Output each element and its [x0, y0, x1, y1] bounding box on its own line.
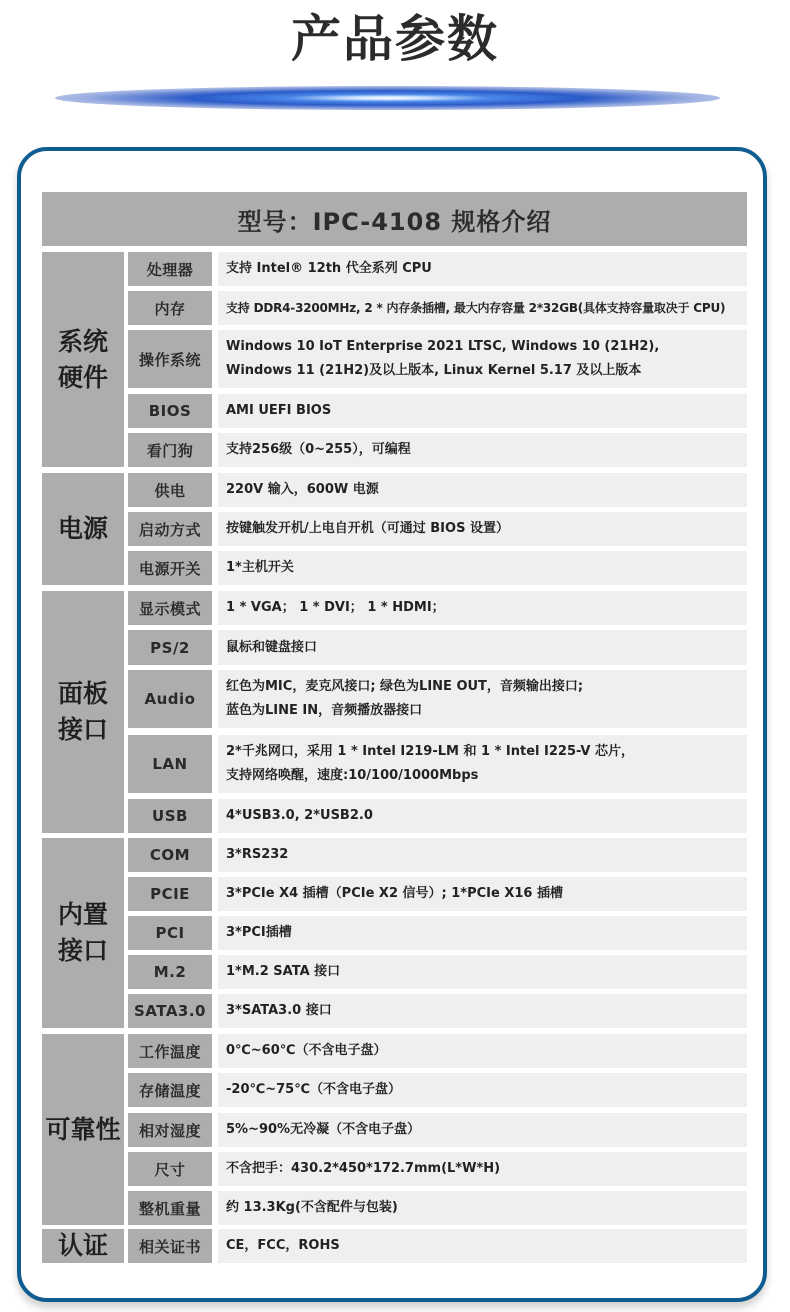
- row-label-power-switch: 电源开关: [128, 551, 212, 585]
- row-label-m2: M.2: [128, 955, 212, 989]
- value-line: 支持网络唤醒，速度:10/100/1000Mbps: [226, 764, 747, 788]
- value-line: 4*USB3.0, 2*USB2.0: [226, 804, 747, 828]
- row-label-os: 操作系统: [128, 330, 212, 388]
- row-value-audio: 红色为MIC，麦克风接口; 绿色为LINE OUT，音频输出接口;蓝色为LINE…: [218, 670, 747, 728]
- row-value-m2: 1*M.2 SATA 接口: [218, 955, 747, 989]
- row-value-os: Windows 10 IoT Enterprise 2021 LTSC, Win…: [218, 330, 747, 388]
- row-value-weight: 约 13.3Kg(不含配件与包装): [218, 1191, 747, 1225]
- row-value-usb: 4*USB3.0, 2*USB2.0: [218, 799, 747, 833]
- value-line: 支持 DDR4-3200MHz, 2 * 内存条插槽, 最大内存容量 2*32G…: [226, 296, 747, 320]
- value-line: 0℃~60℃（不含电子盘）: [226, 1039, 747, 1063]
- group-panel-interfaces: 面板接口: [42, 591, 124, 833]
- spec-table-header: 型号：IPC-4108 规格介绍: [42, 192, 747, 246]
- row-value-pcie: 3*PCIe X4 插槽（PCIe X2 信号）; 1*PCIe X16 插槽: [218, 877, 747, 911]
- row-value-sata: 3*SATA3.0 接口: [218, 994, 747, 1028]
- value-line: 支持 Intel® 12th 代全系列 CPU: [226, 257, 747, 281]
- group-label-line: 认证: [58, 1228, 108, 1264]
- value-line: 1 * VGA； 1 * DVI； 1 * HDMI；: [226, 596, 747, 620]
- group-internal-interfaces: 内置接口: [42, 838, 124, 1028]
- row-value-cpu: 支持 Intel® 12th 代全系列 CPU: [218, 252, 747, 286]
- row-label-lan: LAN: [128, 735, 212, 793]
- group-label-line: 硬件: [58, 360, 108, 396]
- group-label-line: 面板: [58, 676, 108, 712]
- row-value-power-supply: 220V 输入，600W 电源: [218, 473, 747, 507]
- row-label-humidity: 相对湿度: [128, 1113, 212, 1147]
- value-line: 红色为MIC，麦克风接口; 绿色为LINE OUT，音频输出接口;: [226, 675, 747, 699]
- group-label-line: 接口: [58, 933, 108, 969]
- row-value-display: 1 * VGA； 1 * DVI； 1 * HDMI；: [218, 591, 747, 625]
- row-label-weight: 整机重量: [128, 1191, 212, 1225]
- value-line: 220V 输入，600W 电源: [226, 478, 747, 502]
- row-value-ps2: 鼠标和键盘接口: [218, 630, 747, 665]
- row-value-operating-temp: 0℃~60℃（不含电子盘）: [218, 1034, 747, 1068]
- row-label-audio: Audio: [128, 670, 212, 728]
- row-label-sata: SATA3.0: [128, 994, 212, 1028]
- value-line: Windows 11 (21H2)及以上版本, Linux Kernel 5.1…: [226, 359, 747, 383]
- row-label-bios: BIOS: [128, 394, 212, 428]
- value-line: 蓝色为LINE IN，音频播放器接口: [226, 699, 747, 723]
- row-label-operating-temp: 工作温度: [128, 1034, 212, 1068]
- group-label-line: 可靠性: [45, 1112, 120, 1148]
- group-label-line: 接口: [58, 712, 108, 748]
- group-certification: 认证: [42, 1229, 124, 1263]
- group-label-line: 系统: [58, 324, 108, 360]
- row-label-watchdog: 看门狗: [128, 433, 212, 467]
- row-label-ps2: PS/2: [128, 630, 212, 665]
- row-label-dimensions: 尺寸: [128, 1152, 212, 1186]
- value-line: Windows 10 IoT Enterprise 2021 LTSC, Win…: [226, 335, 747, 359]
- group-label-line: 内置: [58, 897, 108, 933]
- value-line: 5%~90%无冷凝（不含电子盘）: [226, 1118, 747, 1142]
- row-value-certificates: CE，FCC，ROHS: [218, 1229, 747, 1263]
- row-label-com: COM: [128, 838, 212, 872]
- value-line: 3*SATA3.0 接口: [226, 999, 747, 1023]
- row-value-boot-mode: 按键触发开机/上电自开机（可通过 BIOS 设置）: [218, 512, 747, 546]
- value-line: 3*PCIe X4 插槽（PCIe X2 信号）; 1*PCIe X16 插槽: [226, 882, 747, 906]
- value-line: 不含把手：430.2*450*172.7mm(L*W*H): [226, 1157, 747, 1181]
- row-value-storage-temp: -20℃~75℃（不含电子盘）: [218, 1073, 747, 1107]
- row-value-pci: 3*PCI插槽: [218, 916, 747, 950]
- row-label-cpu: 处理器: [128, 252, 212, 286]
- row-label-power-supply: 供电: [128, 473, 212, 507]
- value-line: 1*M.2 SATA 接口: [226, 960, 747, 984]
- row-label-certificates: 相关证书: [128, 1229, 212, 1263]
- row-label-display: 显示模式: [128, 591, 212, 625]
- row-label-pcie: PCIE: [128, 877, 212, 911]
- value-line: 1*主机开关: [226, 556, 747, 580]
- value-line: AMI UEFI BIOS: [226, 399, 747, 423]
- group-reliability: 可靠性: [42, 1034, 124, 1225]
- row-value-dimensions: 不含把手：430.2*450*172.7mm(L*W*H): [218, 1152, 747, 1186]
- value-line: 3*PCI插槽: [226, 921, 747, 945]
- group-system-hardware: 系统硬件: [42, 252, 124, 467]
- row-value-watchdog: 支持256级（0~255），可编程: [218, 433, 747, 467]
- value-line: 按键触发开机/上电自开机（可通过 BIOS 设置）: [226, 517, 747, 541]
- value-line: 约 13.3Kg(不含配件与包装): [226, 1196, 747, 1220]
- row-label-boot-mode: 启动方式: [128, 512, 212, 546]
- row-value-lan: 2*千兆网口，采用 1 * Intel I219-LM 和 1 * Intel …: [218, 735, 747, 793]
- group-label-line: 电源: [58, 511, 108, 547]
- value-line: 鼠标和键盘接口: [226, 636, 747, 660]
- value-line: CE，FCC，ROHS: [226, 1234, 747, 1258]
- decorative-glow-divider: [55, 86, 720, 110]
- page-title: 产品参数: [0, 6, 790, 72]
- value-line: 2*千兆网口，采用 1 * Intel I219-LM 和 1 * Intel …: [226, 740, 747, 764]
- value-line: -20℃~75℃（不含电子盘）: [226, 1078, 747, 1102]
- row-value-bios: AMI UEFI BIOS: [218, 394, 747, 428]
- row-label-memory: 内存: [128, 291, 212, 325]
- row-value-com: 3*RS232: [218, 838, 747, 872]
- row-value-power-switch: 1*主机开关: [218, 551, 747, 585]
- row-label-pci: PCI: [128, 916, 212, 950]
- row-label-storage-temp: 存储温度: [128, 1073, 212, 1107]
- value-line: 3*RS232: [226, 843, 747, 867]
- row-label-usb: USB: [128, 799, 212, 833]
- group-power: 电源: [42, 473, 124, 585]
- value-line: 支持256级（0~255），可编程: [226, 438, 747, 462]
- row-value-memory: 支持 DDR4-3200MHz, 2 * 内存条插槽, 最大内存容量 2*32G…: [218, 291, 747, 325]
- row-value-humidity: 5%~90%无冷凝（不含电子盘）: [218, 1113, 747, 1147]
